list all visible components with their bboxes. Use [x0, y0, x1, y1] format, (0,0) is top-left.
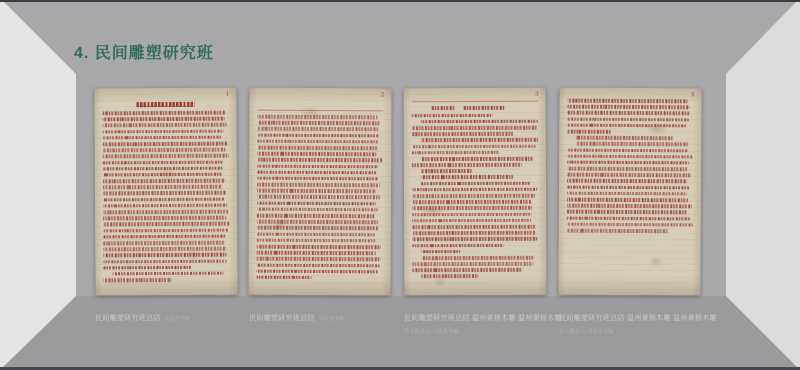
handwriting-line	[257, 139, 379, 143]
handwriting-line	[421, 175, 513, 179]
handwriting-line	[567, 198, 688, 202]
handwriting-line	[567, 148, 687, 152]
handwriting-line	[412, 200, 531, 204]
handwriting-line	[103, 142, 228, 146]
handwriting-body	[412, 88, 539, 279]
caption-subtitle: 司徒杰手稿	[165, 316, 190, 322]
handwriting-line	[103, 228, 228, 232]
handwriting-line	[567, 222, 693, 226]
manuscript-page: 1	[94, 88, 237, 296]
handwriting-line	[257, 245, 381, 249]
page-number: 2	[381, 91, 385, 98]
red-margin-line	[412, 101, 538, 102]
handwriting-line	[412, 163, 522, 167]
handwriting-line	[412, 262, 533, 266]
heading-segment	[464, 106, 504, 110]
handwriting-line	[103, 222, 229, 226]
handwriting-line	[567, 229, 668, 233]
handwriting-line	[567, 210, 688, 214]
handwriting-body	[257, 88, 384, 280]
handwriting-line	[567, 173, 691, 177]
handwriting-line	[257, 146, 377, 150]
handwriting-line	[103, 234, 225, 238]
handwriting-line	[412, 237, 537, 241]
handwriting-line	[103, 210, 228, 214]
handwriting-line	[257, 263, 380, 267]
handwriting-line	[103, 148, 226, 152]
handwriting-line	[257, 214, 376, 218]
handwriting-line	[257, 201, 376, 205]
handwriting-line	[568, 105, 690, 109]
handwriting-line	[103, 166, 223, 170]
caption-title: 民间雕塑研究班总结	[95, 315, 161, 322]
handwriting-line	[103, 259, 226, 263]
handwriting-line	[567, 216, 691, 220]
handwriting-line	[257, 133, 378, 137]
handwriting-line	[421, 169, 472, 173]
handwriting-line	[421, 157, 533, 161]
handwriting-line	[112, 272, 223, 276]
handwriting-line	[257, 195, 380, 199]
caption-second-line: 艺人陈志云 司徒杰手稿	[404, 329, 546, 335]
handwriting-line	[421, 256, 533, 260]
handwriting-line	[412, 194, 535, 198]
handwriting-line	[567, 111, 690, 115]
handwriting-line	[257, 189, 376, 193]
handwriting-line	[576, 136, 673, 140]
document-caption: 民间雕塑研究班总结司徒杰手稿	[249, 306, 391, 326]
handwriting-line	[257, 177, 378, 181]
document-caption: 民间雕塑研究班总结 温州黄杨木雕 温州黄杨木雕艺人陈志云 司徒杰手稿	[559, 306, 701, 335]
handwriting-line	[257, 226, 378, 230]
red-margin-line	[257, 110, 383, 112]
handwriting-line	[567, 160, 689, 164]
handwriting-body	[102, 88, 229, 282]
handwriting-line	[567, 179, 687, 183]
page-number: 1	[226, 91, 230, 98]
document-column: 3民间雕塑研究班总结 温州黄杨木雕 温州黄杨木雕艺人陈志云 司徒杰手稿	[404, 88, 546, 335]
handwriting-line	[567, 167, 687, 171]
heading-row	[412, 106, 538, 110]
handwriting-line	[421, 120, 538, 124]
handwriting-body	[567, 88, 694, 233]
document-caption: 民间雕塑研究班总结司徒杰手稿	[95, 306, 237, 326]
section-title: 4. 民间雕塑研究班	[74, 40, 214, 63]
caption-subtitle: 司徒杰手稿	[319, 316, 344, 322]
handwriting-line	[412, 126, 537, 130]
handwriting-line	[412, 219, 531, 223]
handwriting-line	[257, 164, 378, 168]
handwriting-line	[257, 232, 376, 236]
handwriting-line	[103, 241, 225, 245]
handwriting-line	[103, 253, 226, 257]
handwriting-line	[104, 278, 172, 282]
handwriting-line	[103, 179, 225, 183]
handwriting-line	[421, 138, 538, 142]
handwriting-line	[257, 269, 378, 273]
handwriting-line	[257, 121, 379, 125]
handwriting-line	[103, 216, 226, 220]
handwriting-line	[103, 203, 227, 207]
handwriting-line	[257, 152, 376, 156]
handwriting-line	[103, 247, 226, 251]
handwriting-line	[103, 191, 226, 195]
handwriting-line	[567, 191, 687, 195]
handwriting-line	[568, 99, 688, 103]
handwriting-line	[257, 238, 377, 242]
handwriting-line	[567, 117, 689, 121]
handwriting-line	[257, 170, 377, 174]
handwriting-line	[103, 117, 225, 121]
manuscript-page: 4	[558, 88, 701, 296]
handwriting-line	[412, 212, 532, 216]
heading-segment	[432, 106, 455, 110]
handwriting-line	[412, 132, 514, 136]
handwriting-line	[412, 114, 493, 118]
handwriting-line	[412, 206, 532, 210]
caption-title: 民间雕塑研究班总结 温州黄杨木雕 温州黄杨木雕	[404, 315, 562, 322]
document-column: 1民间雕塑研究班总结司徒杰手稿	[95, 88, 237, 326]
handwriting-line	[412, 144, 536, 148]
handwriting-line	[421, 274, 478, 278]
handwriting-line	[567, 185, 690, 189]
handwriting-line	[567, 204, 692, 208]
handwriting-line	[412, 151, 500, 155]
handwriting-line	[412, 243, 504, 247]
document-column: 2民间雕塑研究班总结司徒杰手稿	[249, 88, 391, 326]
page-number: 3	[535, 91, 539, 98]
page-number: 4	[691, 91, 695, 98]
handwriting-line	[421, 250, 460, 254]
handwriting-line	[412, 231, 535, 235]
handwriting-line	[103, 185, 222, 189]
handwriting-line	[103, 111, 226, 115]
handwriting-line	[412, 268, 522, 272]
document-column: 4民间雕塑研究班总结 温州黄杨木雕 温州黄杨木雕艺人陈志云 司徒杰手稿	[559, 88, 701, 335]
document-caption: 民间雕塑研究班总结 温州黄杨木雕 温州黄杨木雕艺人陈志云 司徒杰手稿	[404, 306, 546, 335]
handwriting-line	[576, 142, 688, 146]
handwriting-line	[103, 197, 224, 201]
handwriting-line	[103, 266, 192, 270]
handwriting-line	[257, 183, 380, 187]
handwriting-line	[103, 123, 227, 127]
handwriting-line	[257, 276, 312, 280]
manuscript-title-line	[136, 102, 194, 107]
handwriting-line	[412, 225, 536, 229]
handwriting-line	[257, 127, 378, 131]
handwriting-line	[257, 220, 378, 224]
handwriting-line	[103, 173, 222, 177]
handwriting-line	[257, 257, 381, 261]
handwriting-line	[567, 154, 692, 158]
handwriting-line	[567, 130, 612, 134]
handwriting-line	[567, 123, 686, 127]
caption-title: 民间雕塑研究班总结	[249, 315, 315, 322]
handwriting-line	[103, 160, 224, 164]
manuscript-page: 3	[404, 88, 547, 295]
handwriting-line	[257, 158, 382, 162]
handwriting-line	[103, 129, 224, 133]
handwriting-line	[257, 115, 377, 119]
caption-title: 民间雕塑研究班总结 温州黄杨木雕 温州黄杨木雕	[559, 315, 717, 322]
handwriting-line	[412, 188, 537, 192]
handwriting-line	[421, 181, 531, 185]
manuscript-page: 2	[248, 88, 391, 296]
caption-second-line: 艺人陈志云 司徒杰手稿	[559, 329, 701, 335]
handwriting-line	[257, 251, 376, 255]
handwriting-line	[103, 154, 229, 158]
exhibition-slide: 4. 民间雕塑研究班 1民间雕塑研究班总结司徒杰手稿2民间雕塑研究班总结司徒杰手…	[0, 0, 800, 370]
handwriting-line	[103, 135, 222, 139]
handwriting-line	[257, 207, 378, 211]
top-edge-strip	[0, 0, 800, 2]
